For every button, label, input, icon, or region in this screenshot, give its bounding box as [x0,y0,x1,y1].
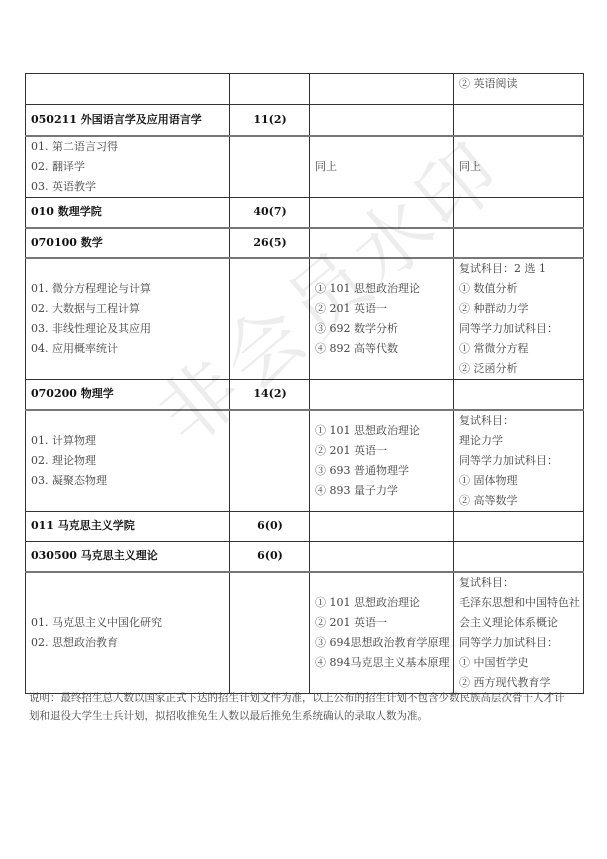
cell-line: 同等学力加试科目： [459,633,579,653]
retest-subjects-cell: ② 英语阅读 [454,74,584,105]
retest-subjects-cell [454,228,584,258]
exam-subjects-cell [310,197,454,228]
major-name-cell: 01. 第二语言习得02. 翻译学03. 英语教学 [26,136,230,198]
quota-cell [230,572,310,694]
exam-subjects-cell [310,511,454,541]
cell-line: ③ 694思想政治教育学原理 [315,633,449,653]
cell-line: 03. 凝聚态物理 [31,471,225,491]
retest-subjects-cell [454,380,584,410]
quota-cell: 14(2) [230,380,310,410]
cell-line: ① 数值分析 [459,279,579,299]
major-row: 050211 外国语言学及应用语言学11(2) [26,105,584,136]
quota-cell [230,410,310,512]
cell-line: ② 201 英语一 [315,441,449,461]
retest-subjects-cell: 复试科目：理论力学同等学力加试科目：① 固体物理② 高等数学 [454,410,584,512]
cell-line: 070200 物理学 [31,384,225,404]
exam-subjects-cell: ① 101 思想政治理论② 201 英语一③ 694思想政治教育学原理④ 894… [310,572,454,694]
cell-line: ③ 693 普通物理学 [315,461,449,481]
cell-line: 030500 马克思主义理论 [31,546,225,566]
cell-line: 01. 计算物理 [31,431,225,451]
major-name-cell: 01. 马克思主义中国化研究02. 思想政治教育 [26,572,230,694]
cell-line: ② 201 英语一 [315,613,449,633]
document-page: ② 英语阅读050211 外国语言学及应用语言学11(2)01. 第二语言习得0… [0,0,607,859]
major-row: 070100 数学26(5) [26,228,584,258]
cell-line: 03. 英语教学 [31,177,225,197]
major-row: 010 数理学院40(7) [26,197,584,228]
retest-subjects-cell: 同上 [454,136,584,198]
exam-subjects-cell [310,105,454,136]
footnote-line: 划和退役大学生士兵计划，拟招收推免生人数以最后推免生系统确认的录取人数为准。 [29,707,589,725]
cell-line: 复试科目： [459,573,579,593]
footnote: 说明：最终招生总人数以国家正式下达的招生计划文件为准，以上公布的招生计划不包含少… [29,689,589,725]
cell-line: 01. 微分方程理论与计算 [31,279,225,299]
retest-subjects-cell: 复试科目：2 选 1① 数值分析② 种群动力学同等学力加试科目：① 常微分方程②… [454,258,584,380]
cell-line: 02. 理论物理 [31,451,225,471]
retest-subjects-cell [454,511,584,541]
cell-line: ④ 893 量子力学 [315,481,449,501]
cell-line: ④ 892 高等代数 [315,339,449,359]
major-name-cell: 01. 计算物理02. 理论物理03. 凝聚态物理 [26,410,230,512]
cell-line: ① 中国哲学史 [459,653,579,673]
detail-row: ② 英语阅读 [26,74,584,105]
exam-subjects-cell [310,380,454,410]
quota-cell: 26(5) [230,228,310,258]
major-name-cell: 01. 微分方程理论与计算02. 大数据与工程计算03. 非线性理论及其应用04… [26,258,230,380]
cell-line: 复试科目： [459,411,579,431]
exam-subjects-cell: ① 101 思想政治理论② 201 英语一③ 693 普通物理学④ 893 量子… [310,410,454,512]
cell-line: ② 泛函分析 [459,359,579,379]
cell-line: 02. 思想政治教育 [31,633,225,653]
major-name-cell [26,74,230,105]
cell-line: ② 高等数学 [459,491,579,511]
major-name-cell: 070200 物理学 [26,380,230,410]
cell-line: 同等学力加试科目： [459,319,579,339]
cell-line: ③ 692 数学分析 [315,319,449,339]
major-row: 011 马克思主义学院6(0) [26,511,584,541]
detail-row: 01. 马克思主义中国化研究02. 思想政治教育① 101 思想政治理论② 20… [26,572,584,694]
quota-cell: 6(0) [230,511,310,541]
cell-line: 01. 第二语言习得 [31,137,225,157]
cell-line: ① 101 思想政治理论 [315,421,449,441]
detail-row: 01. 微分方程理论与计算02. 大数据与工程计算03. 非线性理论及其应用04… [26,258,584,380]
quota-cell: 6(0) [230,541,310,572]
cell-line: 毛泽东思想和中国特色社 [459,593,579,613]
cell-line: 01. 马克思主义中国化研究 [31,613,225,633]
admission-plan-table: ② 英语阅读050211 外国语言学及应用语言学11(2)01. 第二语言习得0… [25,73,584,694]
retest-subjects-cell [454,541,584,572]
quota-cell [230,258,310,380]
retest-subjects-cell [454,197,584,228]
major-name-cell: 011 马克思主义学院 [26,511,230,541]
cell-line: 同上 [459,157,579,177]
cell-line: 理论力学 [459,431,579,451]
cell-line: 050211 外国语言学及应用语言学 [31,110,225,130]
cell-line: ② 种群动力学 [459,299,579,319]
detail-row: 01. 计算物理02. 理论物理03. 凝聚态物理① 101 思想政治理论② 2… [26,410,584,512]
major-name-cell: 070100 数学 [26,228,230,258]
cell-line: ④ 894马克思主义基本原理 [315,653,449,673]
cell-line: 复试科目：2 选 1 [459,259,579,279]
exam-subjects-cell [310,228,454,258]
major-name-cell: 030500 马克思主义理论 [26,541,230,572]
cell-line: ② 201 英语一 [315,299,449,319]
cell-line: ① 常微分方程 [459,339,579,359]
retest-subjects-cell [454,105,584,136]
major-row: 030500 马克思主义理论6(0) [26,541,584,572]
cell-line: ① 101 思想政治理论 [315,593,449,613]
cell-line: 070100 数学 [31,233,225,253]
exam-subjects-cell: 同上 [310,136,454,198]
cell-line: ① 固体物理 [459,471,579,491]
major-row: 070200 物理学14(2) [26,380,584,410]
exam-subjects-cell [310,541,454,572]
cell-line: 02. 翻译学 [31,157,225,177]
quota-cell [230,136,310,198]
exam-subjects-cell: ① 101 思想政治理论② 201 英语一③ 692 数学分析④ 892 高等代… [310,258,454,380]
quota-cell [230,74,310,105]
cell-line: 02. 大数据与工程计算 [31,299,225,319]
cell-line: 会主义理论体系概论 [459,613,579,633]
major-name-cell: 050211 外国语言学及应用语言学 [26,105,230,136]
cell-line: 03. 非线性理论及其应用 [31,319,225,339]
retest-subjects-cell: 复试科目：毛泽东思想和中国特色社会主义理论体系概论同等学力加试科目：① 中国哲学… [454,572,584,694]
cell-line: 同等学力加试科目： [459,451,579,471]
cell-line: 04. 应用概率统计 [31,339,225,359]
cell-line: 010 数理学院 [31,202,225,222]
quota-cell: 11(2) [230,105,310,136]
exam-subjects-cell [310,74,454,105]
quota-cell: 40(7) [230,197,310,228]
major-name-cell: 010 数理学院 [26,197,230,228]
cell-line: ② 英语阅读 [459,74,579,94]
cell-line: ① 101 思想政治理论 [315,279,449,299]
cell-line: 011 马克思主义学院 [31,516,225,536]
detail-row: 01. 第二语言习得02. 翻译学03. 英语教学同上同上 [26,136,584,198]
cell-line: 同上 [315,157,449,177]
footnote-line: 说明：最终招生总人数以国家正式下达的招生计划文件为准，以上公布的招生计划不包含少… [29,689,589,707]
